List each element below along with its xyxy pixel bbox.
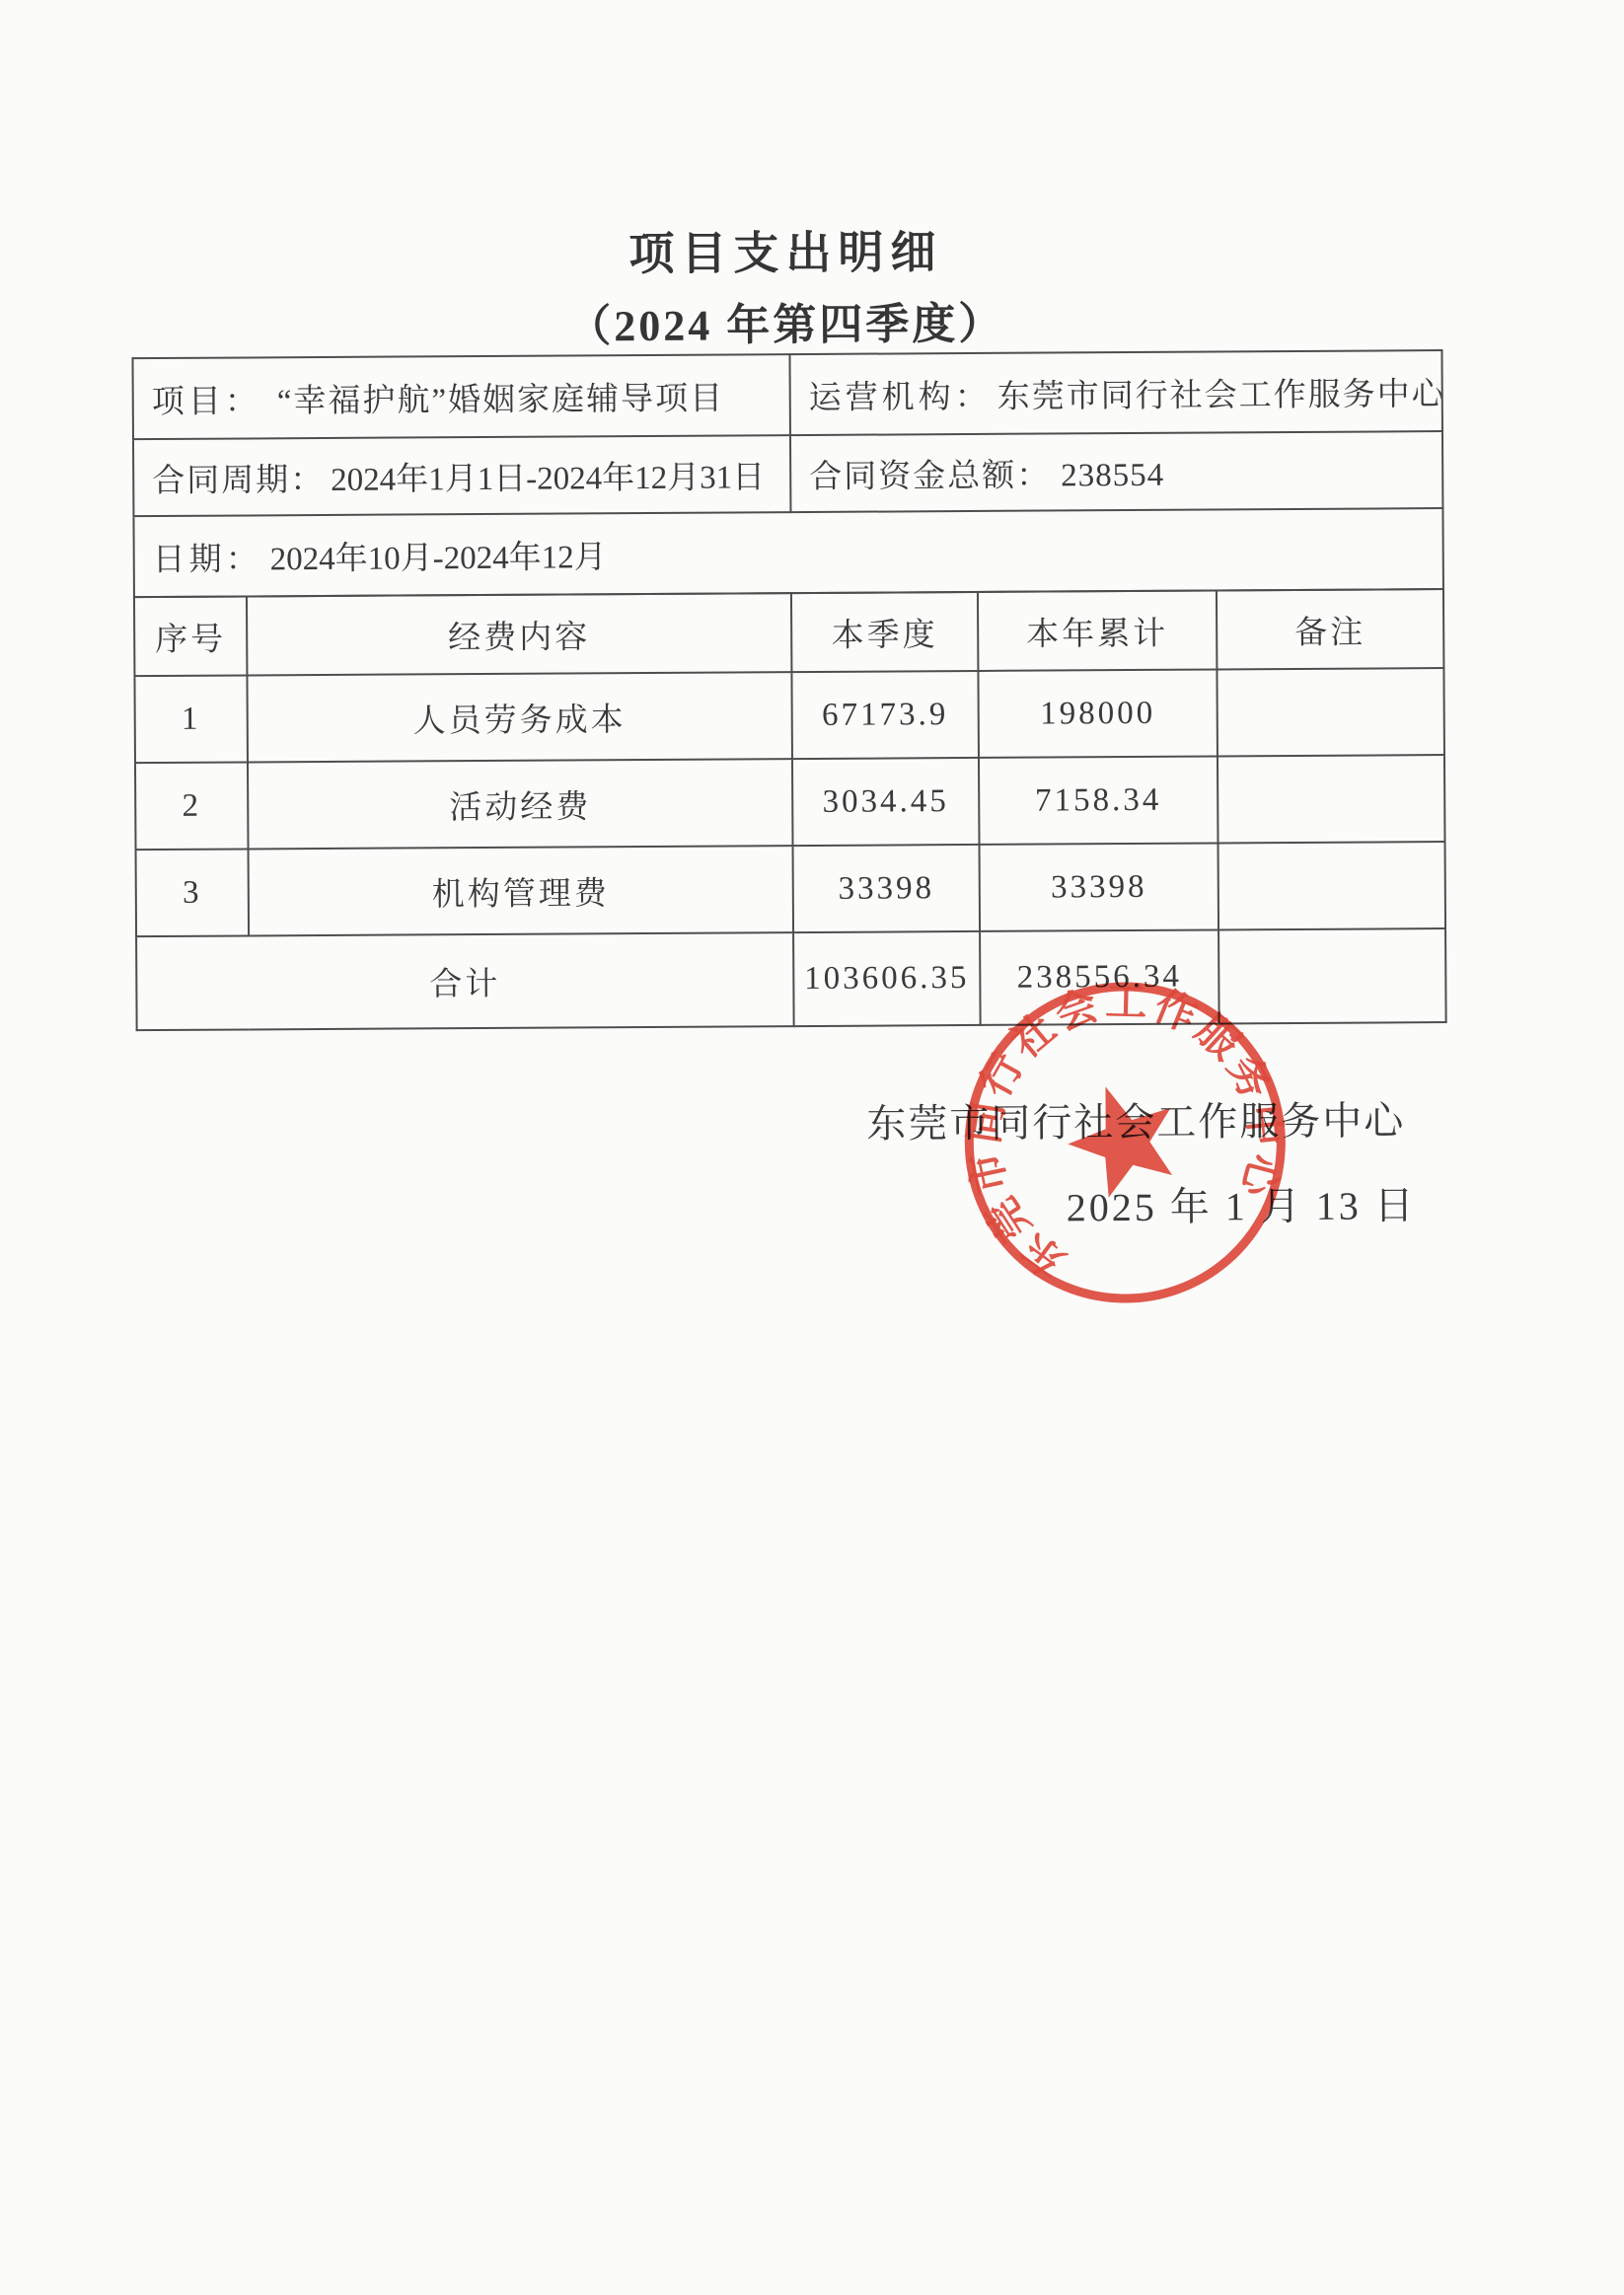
date-range-value: 2024年10月-2024年12月	[270, 540, 607, 577]
project-info-table: 项目：“幸福护航”婚姻家庭辅导项目 运营机构：东莞市同行社会工作服务中心 合同周…	[131, 349, 1443, 598]
row-year-total: 7158.34	[979, 756, 1218, 844]
date-range-cell: 日期：2024年10月-2024年12月	[133, 508, 1442, 597]
contract-period-label: 合同周期：	[152, 462, 325, 498]
row-item: 人员劳务成本	[247, 672, 792, 762]
date-range-label: 日期：	[153, 542, 262, 578]
operator-label: 运营机构：	[809, 379, 992, 415]
row-quarter: 33398	[793, 845, 981, 932]
star-icon	[1054, 1069, 1192, 1204]
col-header-item: 经费内容	[247, 593, 791, 675]
project-value: “幸福护航”婚姻家庭辅导项目	[277, 381, 725, 419]
row-item: 机构管理费	[249, 846, 794, 935]
project-cell: 项目：“幸福护航”婚姻家庭辅导项目	[132, 354, 789, 439]
row-year-total: 198000	[978, 669, 1218, 757]
contract-fund-value: 238554	[1061, 457, 1164, 493]
row-quarter: 67173.9	[791, 671, 979, 759]
table-row: 合同周期：2024年1月1日-2024年12月31日 合同资金总额：238554	[133, 431, 1442, 516]
col-header-year-total: 本年累计	[978, 590, 1217, 670]
page-title: 项目支出明细	[131, 213, 1440, 286]
col-header-no: 序号	[134, 596, 247, 676]
table-row: 项目：“幸福护航”婚姻家庭辅导项目 运营机构：东莞市同行社会工作服务中心	[132, 350, 1441, 439]
row-quarter: 3034.45	[792, 758, 980, 846]
row-year-total: 33398	[980, 843, 1219, 930]
row-no: 3	[136, 849, 250, 936]
col-header-quarter: 本季度	[791, 592, 978, 672]
contract-period-value: 2024年1月1日-2024年12月31日	[331, 460, 765, 498]
row-note	[1218, 755, 1445, 843]
total-label: 合计	[136, 932, 794, 1030]
operator-cell: 运营机构：东莞市同行社会工作服务中心	[789, 350, 1441, 435]
page-subtitle: （2024 年第四季度）	[131, 285, 1440, 356]
row-item: 活动经费	[248, 759, 793, 849]
project-label: 项目：	[152, 384, 261, 420]
expense-header-row: 序号 经费内容 本季度 本年累计 备注	[134, 589, 1443, 676]
row-note	[1217, 668, 1444, 756]
table-row: 日期：2024年10月-2024年12月	[133, 508, 1442, 597]
row-no: 2	[135, 762, 249, 850]
contract-fund-cell: 合同资金总额：238554	[790, 431, 1442, 512]
total-quarter: 103606.35	[793, 931, 981, 1026]
expense-table: 序号 经费内容 本季度 本年累计 备注 1 人员劳务成本 67173.9 198…	[133, 588, 1447, 1031]
row-no: 1	[134, 675, 248, 763]
scanned-document-page: 项目支出明细 （2024 年第四季度） 项目：“幸福护航”婚姻家庭辅导项目 运营…	[0, 0, 1624, 2295]
table-row: 3 机构管理费 33398 33398	[136, 842, 1446, 936]
col-header-note: 备注	[1217, 589, 1443, 669]
row-note	[1218, 842, 1446, 929]
contract-fund-label: 合同资金总额：	[809, 458, 1051, 494]
table-row: 2 活动经费 3034.45 7158.34	[135, 755, 1445, 850]
table-row: 1 人员劳务成本 67173.9 198000	[134, 668, 1444, 763]
contract-period-cell: 合同周期：2024年1月1日-2024年12月31日	[133, 435, 790, 516]
operator-value: 东莞市同行社会工作服务中心	[997, 377, 1442, 415]
